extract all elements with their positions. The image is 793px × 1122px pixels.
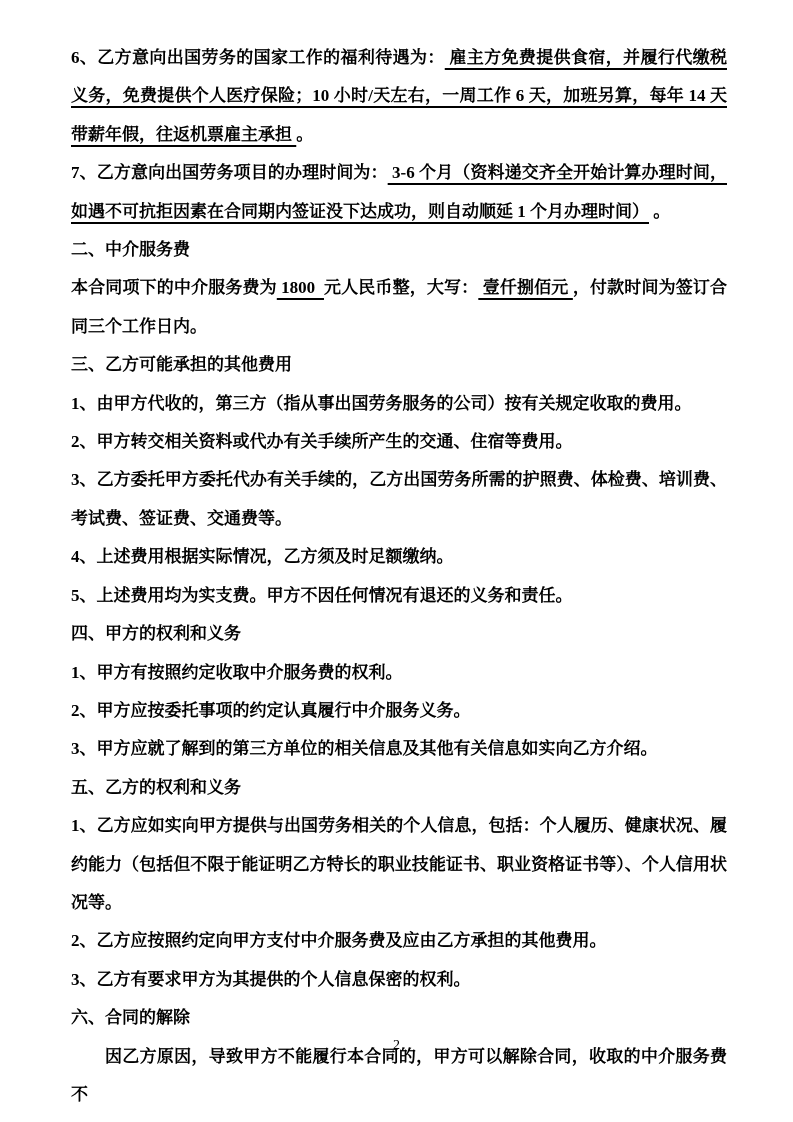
text-segment: 7、乙方意向出国劳务项目的办理时间为： bbox=[71, 163, 388, 182]
text-segment: 4、上述费用根据实际情况，乙方须及时足额缴纳。 bbox=[71, 547, 454, 566]
text-segment: 5、上述费用均为实支费。甲方不因任何情况有退还的义务和责任。 bbox=[71, 586, 573, 605]
heading-section-4: 四、甲方的权利和义务 bbox=[71, 615, 727, 653]
section-3-item-4: 4、上述费用根据实际情况，乙方须及时足额缴纳。 bbox=[71, 538, 727, 576]
section-3-item-3: 3、乙方委托甲方委托代办有关手续的，乙方出国劳务所需的护照费、体检费、培训费、考… bbox=[71, 461, 727, 538]
text-segment: 二、中介服务费 bbox=[71, 240, 190, 259]
text-segment: 1、由甲方代收的，第三方（指从事出国劳务服务的公司）按有关规定收取的费用。 bbox=[71, 394, 692, 413]
text-segment: 3、甲方应就了解到的第三方单位的相关信息及其他有关信息如实向乙方介绍。 bbox=[71, 739, 658, 758]
contract-page: 6、乙方意向出国劳务的国家工作的福利待遇为： 雇主方免费提供食宿，并履行代缴税义… bbox=[0, 0, 793, 1122]
item-7-processing-time: 7、乙方意向出国劳务项目的办理时间为： 3-6 个月（资料递交齐全开始计算办理时… bbox=[71, 154, 727, 231]
underlined-text: 1800 bbox=[277, 278, 324, 297]
heading-section-5: 五、乙方的权利和义务 bbox=[71, 769, 727, 807]
text-segment: 2、甲方应按委托事项的约定认真履行中介服务义务。 bbox=[71, 701, 471, 720]
page-number: 2 bbox=[0, 1036, 793, 1056]
section-4-item-2: 2、甲方应按委托事项的约定认真履行中介服务义务。 bbox=[71, 692, 727, 730]
text-segment: 六、合同的解除 bbox=[71, 1008, 190, 1027]
underlined-text: 壹仟捌佰元 bbox=[478, 278, 573, 297]
heading-section-2: 二、中介服务费 bbox=[71, 231, 727, 269]
text-segment: 3、乙方有要求甲方为其提供的个人信息保密的权利。 bbox=[71, 970, 471, 989]
text-segment: 6、乙方意向出国劳务的国家工作的福利待遇为： bbox=[71, 48, 445, 67]
section-4-item-3: 3、甲方应就了解到的第三方单位的相关信息及其他有关信息如实向乙方介绍。 bbox=[71, 730, 727, 768]
text-segment: 元人民币整，大写： bbox=[324, 278, 478, 297]
section-3-item-5: 5、上述费用均为实支费。甲方不因任何情况有退还的义务和责任。 bbox=[71, 577, 727, 615]
text-segment: 3、乙方委托甲方委托代办有关手续的，乙方出国劳务所需的护照费、体检费、培训费、考… bbox=[71, 470, 727, 527]
text-segment: 1、甲方有按照约定收取中介服务费的权利。 bbox=[71, 663, 403, 682]
text-segment: 三、乙方可能承担的其他费用 bbox=[71, 355, 292, 374]
section-3-item-1: 1、由甲方代收的，第三方（指从事出国劳务服务的公司）按有关规定收取的费用。 bbox=[71, 385, 727, 423]
section-5-item-2: 2、乙方应按照约定向甲方支付中介服务费及应由乙方承担的其他费用。 bbox=[71, 922, 727, 960]
section-4-item-1: 1、甲方有按照约定收取中介服务费的权利。 bbox=[71, 654, 727, 692]
item-6-welfare: 6、乙方意向出国劳务的国家工作的福利待遇为： 雇主方免费提供食宿，并履行代缴税义… bbox=[71, 39, 727, 154]
text-segment: 本合同项下的中介服务费为 bbox=[71, 278, 277, 297]
text-segment: 四、甲方的权利和义务 bbox=[71, 624, 241, 643]
section-5-item-3: 3、乙方有要求甲方为其提供的个人信息保密的权利。 bbox=[71, 961, 727, 999]
section-5-item-1: 1、乙方应如实向甲方提供与出国劳务相关的个人信息，包括：个人履历、健康状况、履约… bbox=[71, 807, 727, 922]
text-segment: 2、乙方应按照约定向甲方支付中介服务费及应由乙方承担的其他费用。 bbox=[71, 931, 607, 950]
text-segment: 。 bbox=[296, 125, 313, 144]
text-segment: 1、乙方应如实向甲方提供与出国劳务相关的个人信息，包括：个人履历、健康状况、履约… bbox=[71, 816, 727, 912]
section-3-item-2: 2、甲方转交相关资料或代办有关手续所产生的交通、住宿等费用。 bbox=[71, 423, 727, 461]
text-segment: 2、甲方转交相关资料或代办有关手续所产生的交通、住宿等费用。 bbox=[71, 432, 573, 451]
text-segment: 。 bbox=[649, 202, 670, 221]
heading-section-3: 三、乙方可能承担的其他费用 bbox=[71, 346, 727, 384]
document-body: 6、乙方意向出国劳务的国家工作的福利待遇为： 雇主方免费提供食宿，并履行代缴税义… bbox=[71, 39, 727, 1114]
heading-section-6: 六、合同的解除 bbox=[71, 999, 727, 1037]
text-segment: 五、乙方的权利和义务 bbox=[71, 778, 241, 797]
fee-paragraph: 本合同项下的中介服务费为 1800 元人民币整，大写： 壹仟捌佰元 ，付款时间为… bbox=[71, 269, 727, 346]
